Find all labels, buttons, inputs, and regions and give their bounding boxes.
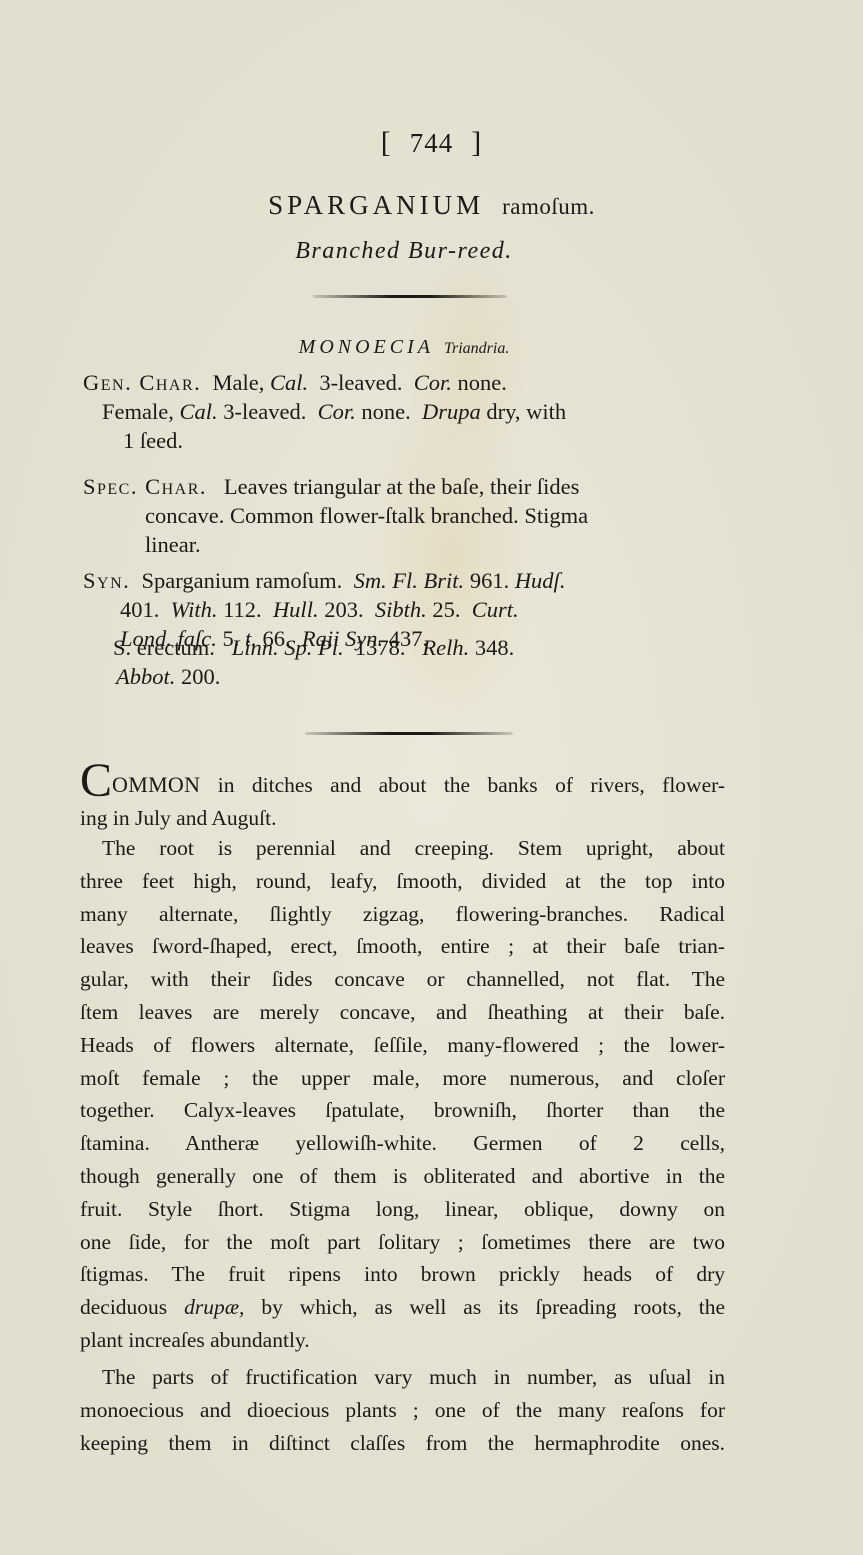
- text-fragment: deciduous: [80, 1295, 184, 1319]
- body-line: three feet high, round, leafy, ſmooth, d…: [80, 865, 725, 898]
- text-fragment: 3-leaved.: [223, 399, 306, 424]
- specific-character-line-3: linear.: [83, 530, 733, 559]
- synonym-name: S. erectum.: [113, 635, 215, 660]
- citation-ref: Hudſ.: [515, 568, 566, 593]
- order-name: Triandria.: [444, 340, 509, 357]
- body-line: ſtigmas. The fruit ripens into brown pri…: [80, 1258, 725, 1291]
- body-line: deciduous drupæ, by which, as well as it…: [80, 1291, 725, 1324]
- generic-character: Gen. Char. Male, Cal. 3-leaved. Cor. non…: [83, 368, 733, 455]
- body-line: monoecious and dioecious plants ; one of…: [80, 1394, 725, 1427]
- generic-character-line-1: Gen. Char. Male, Cal. 3-leaved. Cor. non…: [83, 368, 733, 397]
- common-name: Branched Bur-reed.: [0, 238, 808, 265]
- book-page: [744] SPARGANIUMramoſum. Branched Bur-re…: [0, 0, 863, 1555]
- citation-number: 401.: [120, 597, 159, 622]
- description-paragraph-1: COMMON in ditches and about the banks of…: [80, 766, 725, 835]
- specific-character-line-1: Spec. Char. Leaves triangular at the baſ…: [83, 472, 733, 501]
- synonymy-label: Syn.: [83, 568, 130, 593]
- text-fragment: Cal.: [270, 370, 308, 395]
- citation-number: 112.: [223, 597, 262, 622]
- citation-ref: Curt.: [472, 597, 519, 622]
- generic-character-line-3: 1 ſeed.: [83, 426, 733, 455]
- body-line: together. Calyx-leaves ſpatulate, browni…: [80, 1094, 725, 1127]
- description-paragraph-3: The parts of fructification vary much in…: [80, 1361, 725, 1459]
- body-line: keeping them in diſtinct claſſes from th…: [80, 1427, 725, 1460]
- text-fragment: Male,: [213, 370, 265, 395]
- text-fragment: Cal.: [179, 399, 217, 424]
- synonym-line-4: S. erectum. Linn. Sp. Pl. 1378. Relh. 34…: [113, 633, 763, 662]
- text-fragment: by which, as well as its ſpreading roots…: [244, 1295, 725, 1319]
- body-line: Heads of flowers alternate, ſeſſile, man…: [80, 1029, 725, 1062]
- citation-ref: Linn. Sp. Pl.: [232, 635, 344, 660]
- text-fragment: OMMON: [112, 772, 200, 797]
- body-line: fruit. Style ſhort. Stigma long, linear,…: [80, 1193, 725, 1226]
- text-fragment: dry, with: [486, 399, 566, 424]
- bracket-right: ]: [471, 126, 482, 160]
- class-name: MONOECIA: [299, 336, 434, 358]
- citation-ref: Relh.: [422, 635, 469, 660]
- text-fragment: none.: [458, 370, 507, 395]
- text-fragment: Leaves triangular at the baſe, their ſid…: [224, 474, 579, 499]
- bracket-left: [: [381, 126, 392, 160]
- body-line: moſt female ; the upper male, more numer…: [80, 1062, 725, 1095]
- citation-ref: Sibth.: [375, 597, 427, 622]
- linnaean-classification: MONOECIATriandria.: [0, 336, 808, 359]
- genus-name: SPARGANIUM: [268, 190, 484, 220]
- citation-number: 203.: [324, 597, 363, 622]
- synonym-line-1: Syn. Sparganium ramoſum. Sm. Fl. Brit. 9…: [83, 566, 733, 595]
- page-number-value: 744: [410, 128, 454, 158]
- body-line: leaves ſword-ſhaped, erect, ſmooth, enti…: [80, 930, 725, 963]
- citation-number: 200.: [181, 664, 220, 689]
- ornamental-rule: [305, 732, 513, 735]
- citation-number: 348.: [475, 635, 514, 660]
- body-line: The parts of fructification vary much in…: [80, 1361, 725, 1394]
- page-number: [744]: [0, 126, 863, 160]
- body-line: plant increaſes abundantly.: [80, 1324, 725, 1357]
- body-line: one ſide, for the moſt part ſolitary ; ſ…: [80, 1226, 725, 1259]
- citation-ref: Sm. Fl. Brit.: [354, 568, 465, 593]
- body-line: COMMON in ditches and about the banks of…: [80, 766, 725, 802]
- body-line: ſtem leaves are merely concave, and ſhea…: [80, 996, 725, 1029]
- ornamental-rule: [313, 295, 507, 298]
- text-fragment: Drupa: [422, 399, 481, 424]
- synonymy-secondary: S. erectum. Linn. Sp. Pl. 1378. Relh. 34…: [113, 633, 763, 691]
- citation-ref: Abbot.: [116, 664, 175, 689]
- text-fragment: Female,: [102, 399, 174, 424]
- body-line: though generally one of them is oblitera…: [80, 1160, 725, 1193]
- specific-character-label: Spec. Char.: [83, 474, 207, 499]
- italic-term: drupæ,: [184, 1295, 244, 1319]
- generic-character-line-2: Female, Cal. 3-leaved. Cor. none. Drupa …: [83, 397, 733, 426]
- generic-character-label: Gen. Char.: [83, 370, 201, 395]
- text-fragment: 3-leaved.: [319, 370, 402, 395]
- text-fragment: Cor.: [414, 370, 452, 395]
- drop-capital: C: [80, 754, 112, 807]
- synonym-name: Sparganium ramoſum.: [142, 568, 343, 593]
- body-line: gular, with their ſides concave or chann…: [80, 963, 725, 996]
- specific-character: Spec. Char. Leaves triangular at the baſ…: [83, 472, 733, 559]
- species-epithet: ramoſum.: [502, 194, 595, 219]
- specific-character-line-2: concave. Common flower-ſtalk branched. S…: [83, 501, 733, 530]
- citation-ref: Hull.: [273, 597, 319, 622]
- text-fragment: none.: [361, 399, 410, 424]
- text-fragment: Cor.: [318, 399, 356, 424]
- citation-ref: With.: [171, 597, 218, 622]
- description-paragraph-2: The root is perennial and creeping. Stem…: [80, 832, 725, 1357]
- body-line: ing in July and Auguſt.: [80, 802, 725, 835]
- synonym-line-2: 401. With. 112. Hull. 203. Sibth. 25. Cu…: [83, 595, 733, 624]
- body-line: many alternate, ſlightly zigzag, floweri…: [80, 898, 725, 931]
- citation-number: 961.: [470, 568, 509, 593]
- species-title: SPARGANIUMramoſum.: [0, 190, 863, 221]
- body-line: ſtamina. Antheræ yellowiſh-white. Germen…: [80, 1127, 725, 1160]
- synonym-line-5: Abbot. 200.: [113, 662, 763, 691]
- citation-number: 1378.: [355, 635, 406, 660]
- citation-number: 25.: [432, 597, 460, 622]
- body-line: The root is perennial and creeping. Stem…: [80, 832, 725, 865]
- text-fragment: in ditches and about the banks of rivers…: [200, 773, 725, 797]
